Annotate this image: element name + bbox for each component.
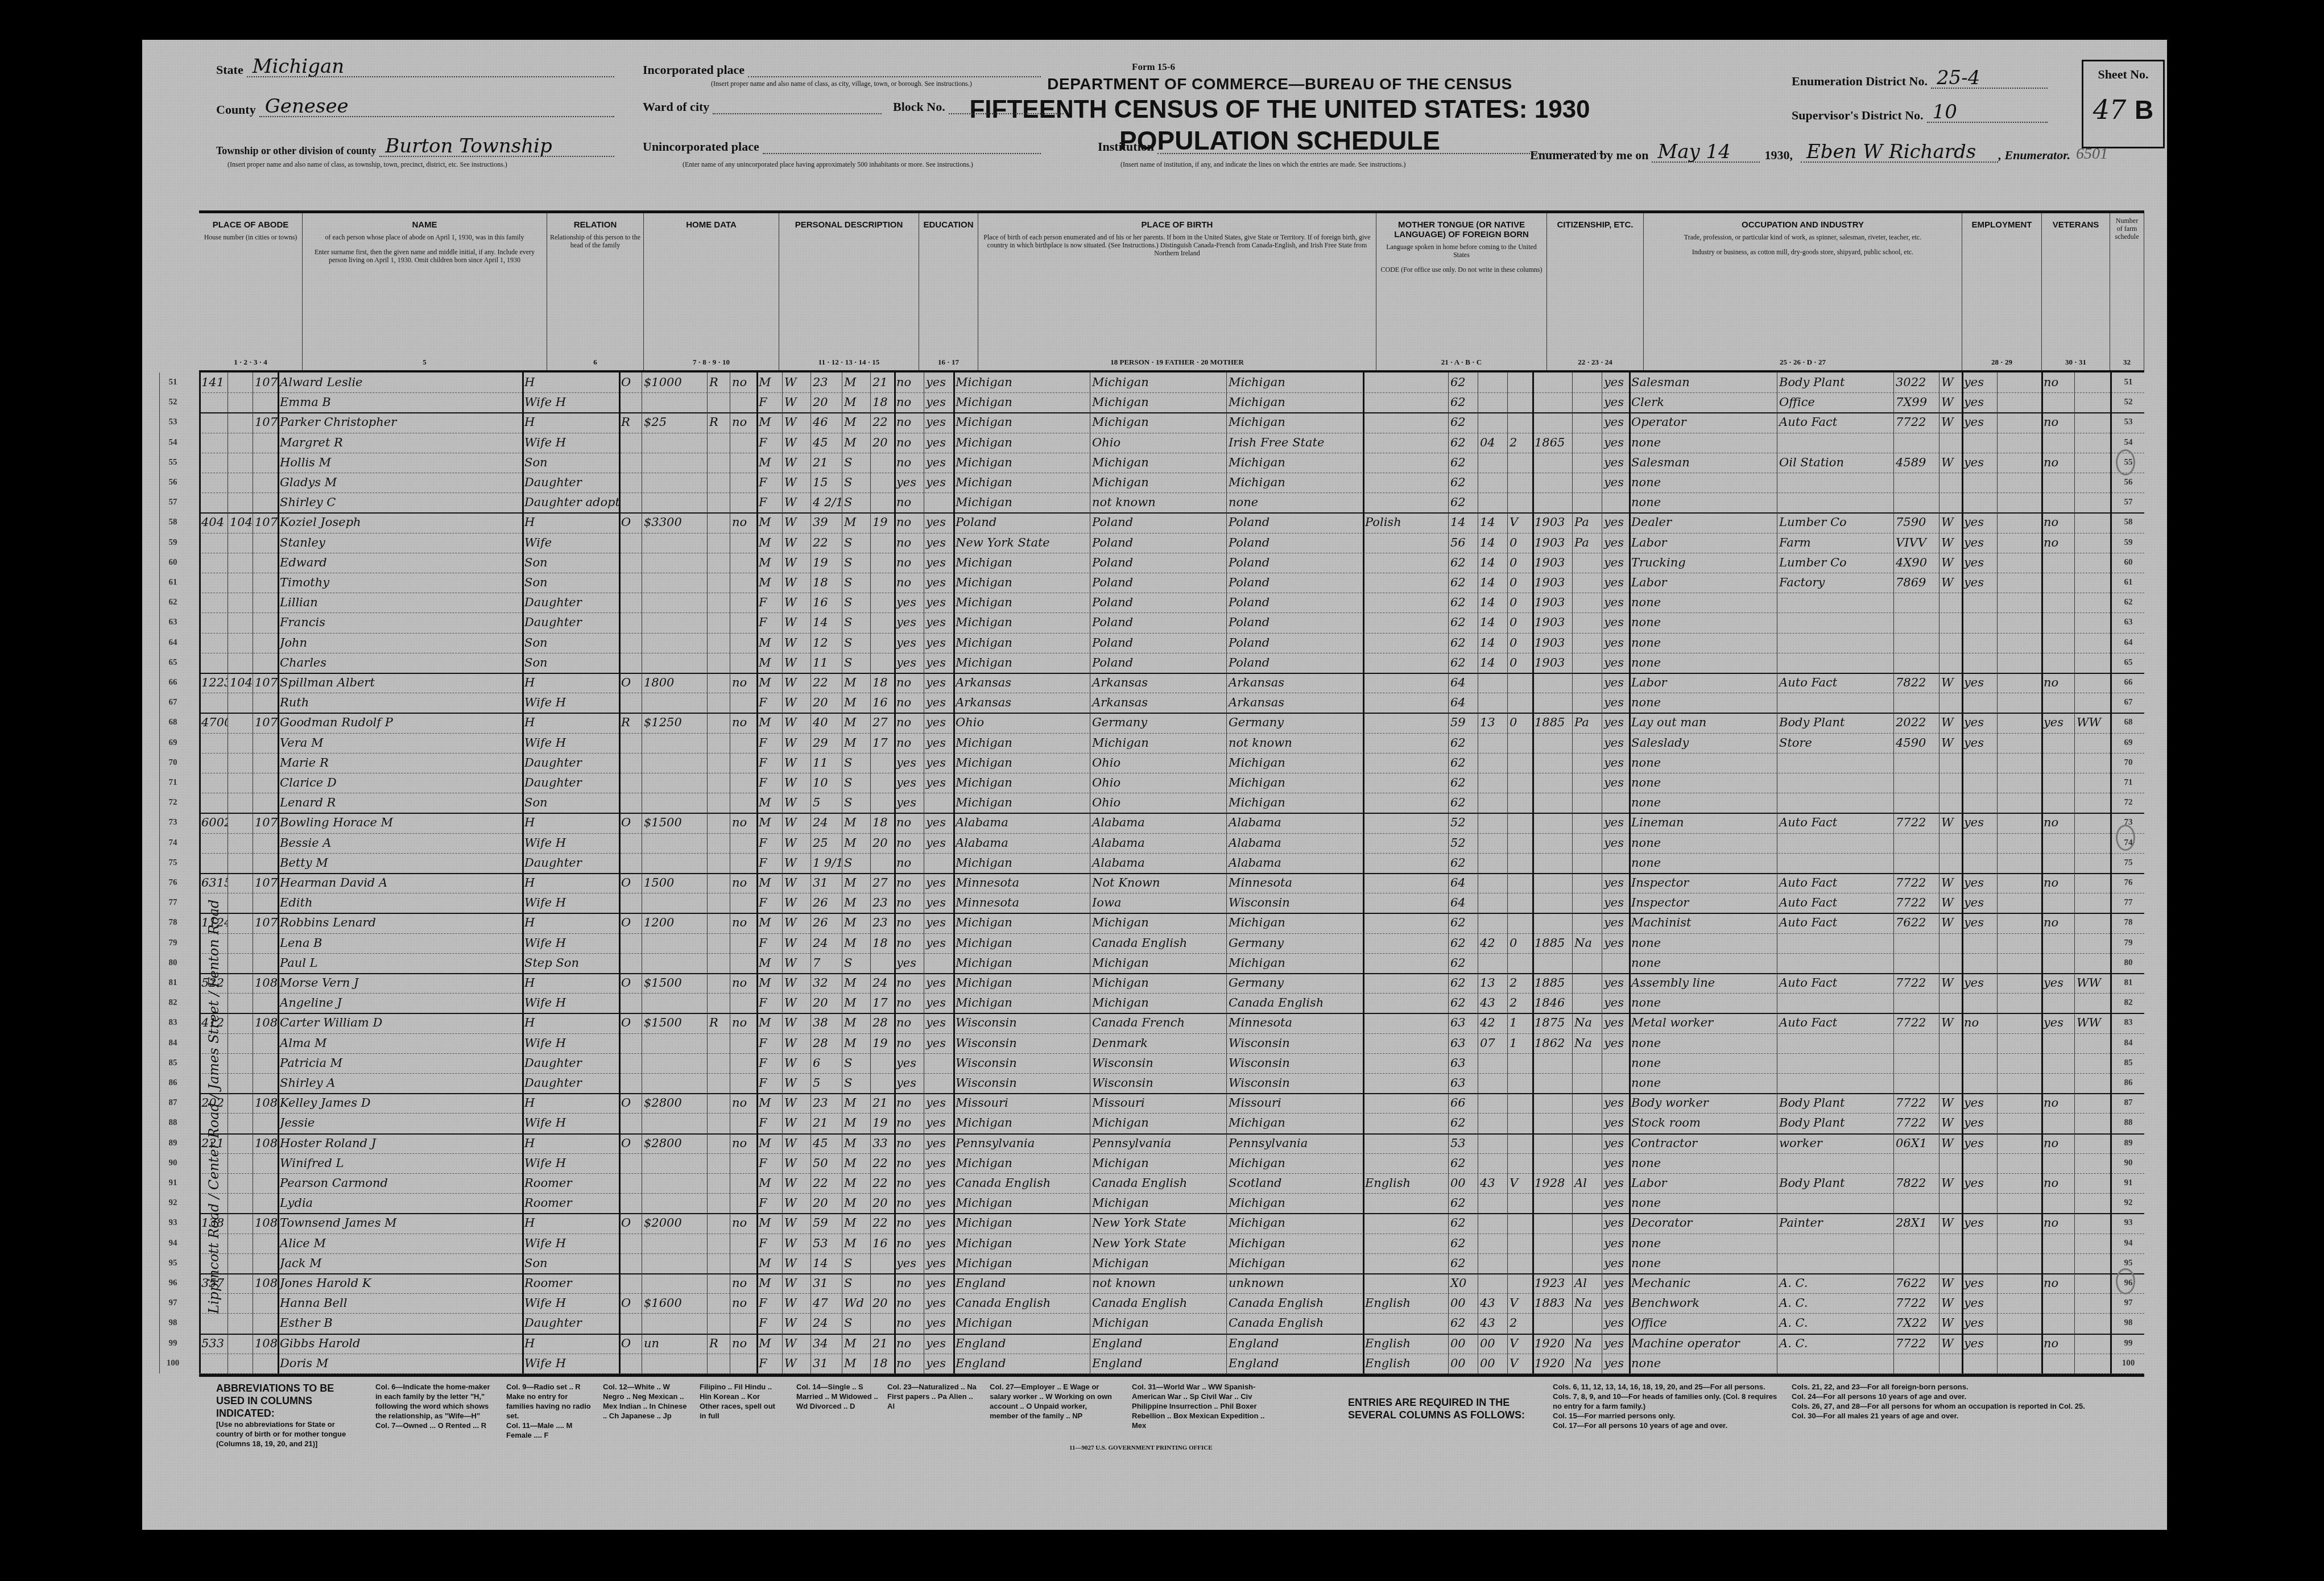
cell-code: 4590 [1893, 733, 1939, 753]
cell-ind [1777, 853, 1893, 873]
cell-unemp [1997, 492, 2041, 512]
column-rule [707, 373, 708, 1373]
cell-agem [870, 773, 894, 793]
cell-code [1893, 1073, 1939, 1093]
cell-eng: yes [1602, 1213, 1629, 1233]
cell-imm: 1903 [1532, 633, 1572, 653]
cell-war [2074, 373, 2110, 392]
cell-ind [1777, 612, 1893, 632]
cell-ind: Store [1777, 733, 1893, 753]
cell-work [1962, 933, 1997, 953]
cell-lang [1363, 833, 1448, 853]
cell-family: 1081 [253, 1013, 278, 1033]
cell-dwelling [228, 1313, 253, 1333]
cell-line: 98 [159, 1313, 184, 1333]
cell-nat [1572, 573, 1602, 593]
cell-school: no [894, 1354, 924, 1373]
cell-ca: 56 [1448, 533, 1478, 553]
table-row: 61TimothySonMW18SnoyesMichiganPolandPola… [199, 573, 2144, 593]
column-rule [894, 373, 896, 1373]
cell-agem: 27 [870, 873, 894, 893]
cell-family: 1085 [253, 1273, 278, 1293]
cell-value [642, 612, 707, 632]
cell-school: no [894, 533, 924, 553]
table-row: 95Jack MSonMW14SyesyesMichiganMichiganMi… [199, 1253, 2144, 1274]
cell-rel: Son [522, 553, 619, 573]
cell-radio [707, 1234, 730, 1253]
cell-eng: yes [1602, 593, 1629, 612]
cell-rel: Wife H [522, 433, 619, 453]
cell-lang [1363, 593, 1448, 612]
cell-agem [870, 1053, 894, 1073]
cell-sex: M [756, 1334, 782, 1354]
cell-cb [1478, 873, 1507, 893]
table-row: 60EdwardSonMW19SnoyesMichiganPolandPolan… [199, 553, 2144, 573]
cell-lang [1363, 1093, 1448, 1113]
cell-rel: Son [522, 793, 619, 813]
cell-unemp [1997, 373, 2041, 392]
cell-school: yes [894, 753, 924, 773]
cell-read: yes [924, 392, 953, 412]
cell-lang [1363, 533, 1448, 553]
cell-imm [1532, 833, 1572, 853]
cell-unemp [1997, 1213, 2041, 1233]
cell-read: yes [924, 1033, 953, 1053]
cell-imm: 1903 [1532, 612, 1572, 632]
cell-eng: yes [1602, 973, 1629, 993]
cell-eng: yes [1602, 553, 1629, 573]
cell-occ: Machinist [1629, 913, 1777, 933]
cell-lang [1363, 1133, 1448, 1153]
abbrev-col31: Col. 31—World War .. WW Spanish-American… [1132, 1382, 1280, 1430]
cell-own [619, 833, 642, 853]
cell-age: 23 [810, 1093, 842, 1113]
cell-cls [1939, 593, 1962, 612]
table-row: 84Alma MWife HFW28M19noyesWisconsinDenma… [199, 1033, 2144, 1054]
cell-age: 31 [810, 873, 842, 893]
enumerator-label: , Enumerator. [1998, 148, 2070, 163]
cell-school: no [894, 1153, 924, 1173]
cell-farm [730, 492, 756, 512]
cell-own [619, 1253, 642, 1273]
cell-sex: M [756, 873, 782, 893]
cell-family: 1079 [253, 913, 278, 933]
cell-unemp [1997, 753, 2041, 773]
cell-imm [1532, 1093, 1572, 1113]
cell-unemp [1997, 853, 2041, 873]
cell-value: $2800 [642, 1093, 707, 1113]
cell-bpf: Canada English [1090, 1173, 1226, 1193]
cell-radio [707, 1093, 730, 1113]
cell-war [2074, 853, 2110, 873]
cell-name: Jones Harold K [278, 1273, 522, 1293]
cell-ind: A. C. [1777, 1334, 1893, 1354]
cell-war [2074, 1093, 2110, 1113]
cell-agem: 20 [870, 833, 894, 853]
cell-read: yes [924, 773, 953, 793]
cell-code: 7X22 [1893, 1313, 1939, 1333]
cell-unemp [1997, 1193, 2041, 1213]
column-rule [159, 373, 160, 1373]
table-row: 80Paul LStep SonMW7SyesMichiganMichiganM… [199, 953, 2144, 974]
cell-farm: no [730, 973, 756, 993]
cell-race: W [782, 593, 810, 612]
cell-cls [1939, 753, 1962, 773]
cell-line: 52 [159, 392, 184, 412]
enumerator-name: Eben W Richards [1801, 142, 1999, 163]
cell-war [2074, 1113, 2110, 1133]
cell-line-right: 58 [2111, 512, 2143, 532]
column-rule [1532, 373, 1534, 1373]
table-body: 511411073Alward LeslieHO$1000RnoMW23M21n… [199, 373, 2144, 1373]
cell-age: 7 [810, 953, 842, 973]
table-row: 511411073Alward LeslieHO$1000RnoMW23M21n… [199, 373, 2144, 393]
cell-dwelling [228, 533, 253, 553]
cell-radio [707, 753, 730, 773]
cell-ca: 00 [1448, 1173, 1478, 1193]
cell-mar: M [842, 412, 870, 432]
cell-ind [1777, 793, 1893, 813]
cell-ca: 62 [1448, 793, 1478, 813]
cell-bpm: Michigan [1226, 1213, 1363, 1233]
cell-unemp [1997, 733, 2041, 753]
cell-line-right: 84 [2111, 1033, 2143, 1053]
cell-read: yes [924, 1133, 953, 1153]
cell-family [253, 593, 278, 612]
cell-bpf: Poland [1090, 633, 1226, 653]
cell-agem [870, 653, 894, 673]
cell-sex: F [756, 392, 782, 412]
cell-occ: none [1629, 773, 1777, 793]
state-field: State Michigan [216, 57, 614, 77]
cell-agem: 18 [870, 392, 894, 412]
cell-cls: W [1939, 553, 1962, 573]
cell-war [2074, 1354, 2110, 1373]
cell-farm [730, 1153, 756, 1173]
cell-vet [2041, 573, 2074, 593]
cell-occ: Benchwork [1629, 1293, 1777, 1313]
cell-line: 80 [159, 953, 184, 973]
cell-code [1893, 753, 1939, 773]
cell-radio [707, 473, 730, 492]
cell-imm [1532, 873, 1572, 893]
cell-rel: Daughter [522, 593, 619, 612]
cell-read: yes [924, 412, 953, 432]
cell-ca: 62 [1448, 573, 1478, 593]
cell-vet [2041, 993, 2074, 1013]
cell-farm: no [730, 673, 756, 693]
cell-mar: M [842, 933, 870, 953]
cell-occ: Metal worker [1629, 1013, 1777, 1033]
cell-dwelling [228, 1253, 253, 1273]
cell-unemp [1997, 612, 2041, 632]
cell-name: Marie R [278, 753, 522, 773]
cell-sex: M [756, 533, 782, 553]
cell-read: yes [924, 433, 953, 453]
table-row: 59StanleyWifeMW22SnoyesNew York StatePol… [199, 533, 2144, 553]
cell-lang: Polish [1363, 512, 1448, 532]
cell-farm [730, 933, 756, 953]
cell-nat [1572, 392, 1602, 412]
cell-line: 88 [159, 1113, 184, 1133]
cell-line: 82 [159, 993, 184, 1013]
cell-cls: W [1939, 1093, 1962, 1113]
cell-war [2074, 753, 2110, 773]
cell-code [1893, 593, 1939, 612]
cell-work: yes [1962, 1213, 1997, 1233]
cell-code: 7722 [1893, 973, 1939, 993]
cell-bp: Michigan [953, 853, 1090, 873]
cell-dwelling [228, 612, 253, 632]
cell-ca: 62 [1448, 633, 1478, 653]
cell-race: W [782, 633, 810, 653]
table-row: 70Marie RDaughterFW11SyesyesMichiganOhio… [199, 753, 2144, 773]
cell-mar: M [842, 1093, 870, 1113]
cell-age: 23 [810, 373, 842, 392]
cell-line: 91 [159, 1173, 184, 1193]
table-row: 67RuthWife HFW20M16noyesArkansasArkansas… [199, 693, 2144, 714]
cell-ca: 62 [1448, 993, 1478, 1013]
cell-read: yes [924, 473, 953, 492]
cell-bp: Michigan [953, 1153, 1090, 1173]
cell-ind: Body Plant [1777, 713, 1893, 732]
cell-read: yes [924, 1113, 953, 1133]
cell-name: Alice M [278, 1234, 522, 1253]
unincorporated-label: Unincorporated place [643, 139, 759, 154]
cell-mar: M [842, 1033, 870, 1053]
cell-bpf: Not Known [1090, 873, 1226, 893]
cell-line-right: 66 [2111, 673, 2143, 693]
form-number: Form 15-6 [1132, 61, 1175, 73]
township-value: Burton Township [379, 136, 614, 157]
cell-name: Hanna Bell [278, 1293, 522, 1313]
cell-work [1962, 793, 1997, 813]
cell-farm [730, 473, 756, 492]
cell-race: W [782, 1193, 810, 1213]
cell-cc [1507, 673, 1532, 693]
cell-unemp [1997, 533, 2041, 553]
cell-value: 1800 [642, 673, 707, 693]
cell-bpf: Michigan [1090, 392, 1226, 412]
cell-dwelling [228, 1053, 253, 1073]
cell-imm [1532, 412, 1572, 432]
cell-cc: V [1507, 1173, 1532, 1193]
cell-mar: S [842, 612, 870, 632]
cell-rel: Daughter [522, 612, 619, 632]
cell-value [642, 433, 707, 453]
cell-ind [1777, 473, 1893, 492]
cell-vet: no [2041, 1213, 2074, 1233]
cell-cc: 2 [1507, 1313, 1532, 1333]
cell-mar: S [842, 633, 870, 653]
cell-own [619, 553, 642, 573]
cell-lang [1363, 573, 1448, 593]
cell-family [253, 633, 278, 653]
cell-read: yes [924, 653, 953, 673]
cell-rel: H [522, 1013, 619, 1033]
cell-school: no [894, 1313, 924, 1333]
cell-line-right: 52 [2111, 392, 2143, 412]
cell-sex: M [756, 1173, 782, 1193]
cell-school: no [894, 573, 924, 593]
cell-cb [1478, 1193, 1507, 1213]
cell-code [1893, 793, 1939, 813]
cell-school: no [894, 833, 924, 853]
cell-occ: none [1629, 793, 1777, 813]
cell-ca: 64 [1448, 873, 1478, 893]
cell-lang [1363, 653, 1448, 673]
cell-age: 22 [810, 1173, 842, 1193]
cell-radio [707, 913, 730, 933]
abbrev-col14: Col. 14—Single .. S Married .. M Widowed… [796, 1382, 882, 1411]
cell-war [2074, 1334, 2110, 1354]
cell-agem [870, 1253, 894, 1273]
cell-farm [730, 1073, 756, 1093]
cell-cls [1939, 793, 1962, 813]
cell-lang [1363, 913, 1448, 933]
cell-cc: 2 [1507, 993, 1532, 1013]
cell-ind: worker [1777, 1133, 1893, 1153]
cell-mar: M [842, 873, 870, 893]
cell-work: yes [1962, 1093, 1997, 1113]
enumerator-code: 6501 [2076, 145, 2108, 163]
cell-rel: Daughter [522, 473, 619, 492]
cell-ind: A. C. [1777, 1293, 1893, 1313]
cell-agem: 21 [870, 373, 894, 392]
enumerated-year: 1930, [1764, 148, 1793, 163]
cell-bp: Michigan [953, 753, 1090, 773]
cell-read: yes [924, 1273, 953, 1293]
cell-imm [1532, 1313, 1572, 1333]
cell-radio [707, 713, 730, 732]
cell-code: 7722 [1893, 412, 1939, 432]
cell-imm: 1903 [1532, 653, 1572, 673]
cell-school: no [894, 913, 924, 933]
cell-cc [1507, 833, 1532, 853]
cell-bp: Canada English [953, 1293, 1090, 1313]
entries-line: Col. 24—For all persons 10 years of age … [1792, 1392, 2087, 1401]
cell-bpm: Germany [1226, 973, 1363, 993]
cell-school: no [894, 1093, 924, 1113]
cell-value [642, 1354, 707, 1373]
cell-value [642, 853, 707, 873]
cell-name: Jack M [278, 1253, 522, 1273]
cell-dwelling [228, 1173, 253, 1193]
cell-line-right: 79 [2111, 933, 2143, 953]
group-home-data: HOME DATA 7 · 8 · 9 · 10 [644, 213, 779, 370]
column-rule [842, 373, 842, 1373]
cell-line: 99 [159, 1334, 184, 1354]
cell-cls: W [1939, 1013, 1962, 1033]
cell-bpm: Wisconsin [1226, 1073, 1363, 1093]
cell-nat [1572, 653, 1602, 673]
cell-eng: yes [1602, 1013, 1629, 1033]
cell-family [253, 753, 278, 773]
cell-dwelling [228, 1113, 253, 1133]
cell-occ: Labor [1629, 1173, 1777, 1193]
cell-sex: F [756, 1073, 782, 1093]
cell-line: 54 [159, 433, 184, 453]
cell-occ: none [1629, 1193, 1777, 1213]
enumeration-district-label: Enumeration District No. [1792, 74, 1928, 89]
cell-cls [1939, 1253, 1962, 1273]
cell-read: yes [924, 673, 953, 693]
cell-cls: W [1939, 1273, 1962, 1293]
cell-sex: F [756, 933, 782, 953]
cell-bpf: Alabama [1090, 833, 1226, 853]
cell-lang [1363, 993, 1448, 1013]
cell-occ: Decorator [1629, 1213, 1777, 1233]
cell-unemp [1997, 933, 2041, 953]
cell-bpf: Michigan [1090, 993, 1226, 1013]
cell-school: no [894, 693, 924, 713]
group-name: NAME of each person whose place of abode… [303, 213, 547, 370]
cell-lang [1363, 753, 1448, 773]
column-rule [1629, 373, 1631, 1373]
cell-farm: no [730, 1133, 756, 1153]
cell-mar: S [842, 773, 870, 793]
cell-eng [1602, 953, 1629, 973]
cell-bpf: Poland [1090, 612, 1226, 632]
cell-war [2074, 492, 2110, 512]
cell-nat [1572, 813, 1602, 833]
cell-rel: H [522, 1213, 619, 1233]
cell-own [619, 533, 642, 553]
cell-name: Hearman David A [278, 873, 522, 893]
cell-name: Betty M [278, 853, 522, 873]
table-row: 66122310471075Spillman AlbertHO1800noMW2… [199, 673, 2144, 693]
cell-bpm: Alabama [1226, 853, 1363, 873]
abbreviations-note: [Use no abbreviations for State or count… [216, 1419, 364, 1448]
cell-bpm: Canada English [1226, 993, 1363, 1013]
cell-vet [2041, 1293, 2074, 1313]
cell-cls [1939, 693, 1962, 713]
cell-sex: M [756, 953, 782, 973]
cell-value [642, 1193, 707, 1213]
cell-line-right: 93 [2111, 1213, 2143, 1233]
cell-race: W [782, 713, 810, 732]
cell-line-right: 82 [2111, 993, 2143, 1013]
cell-value [642, 573, 707, 593]
cell-name: Alward Leslie [278, 373, 522, 392]
cell-radio [707, 793, 730, 813]
cell-cls [1939, 1153, 1962, 1173]
cell-ca: 62 [1448, 1234, 1478, 1253]
cell-lang [1363, 1193, 1448, 1213]
cell-nat [1572, 1253, 1602, 1273]
cell-cc: 1 [1507, 1013, 1532, 1033]
unincorporated-value [763, 153, 1041, 154]
cell-agem [870, 633, 894, 653]
cell-work [1962, 433, 1997, 453]
cell-school: no [894, 373, 924, 392]
cell-ind [1777, 593, 1893, 612]
table-row: 815221080Morse Vern JHO$1500noMW32M24noy… [199, 973, 2144, 994]
cell-bp: Michigan [953, 453, 1090, 473]
cell-own [619, 1354, 642, 1373]
cell-work: yes [1962, 1133, 1997, 1153]
cell-age: 19 [810, 553, 842, 573]
cell-nat: Pa [1572, 533, 1602, 553]
cell-line: 63 [159, 612, 184, 632]
cell-nat [1572, 693, 1602, 713]
unincorporated-note: (Enter name of any unincorporated place … [683, 160, 973, 169]
cell-war [2074, 1313, 2110, 1333]
street-margin-note: Lippincott Road / Center Road / James St… [206, 381, 225, 1314]
cell-code: 06X1 [1893, 1133, 1939, 1153]
cell-sex: F [756, 1193, 782, 1213]
cell-bpm: Irish Free State [1226, 433, 1363, 453]
